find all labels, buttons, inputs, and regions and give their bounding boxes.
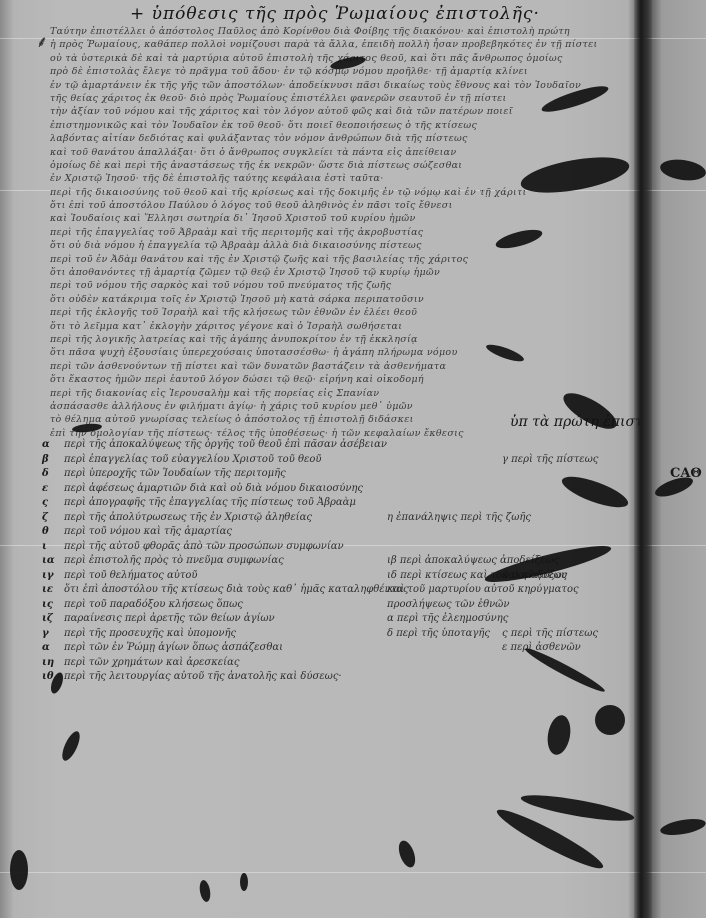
chapter-title: παραίνεσις περὶ ἀρετῆς τῶν θείων ἁγίων — [64, 613, 275, 624]
chapter-title: περὶ ἀφέσεως ἁμαρτιῶν διὰ καὶ οὐ διὰ νόμ… — [64, 483, 363, 494]
manuscript-line: ἀσπάσασθε ἀλλήλους ἐν φιλήματι ἁγίῳ· ἡ χ… — [50, 400, 635, 413]
chapter-number: ις — [42, 598, 64, 613]
manuscript-line: ὅτι τὸ λεῖμμα κατ᾽ ἐκλογὴν χάριτος γέγον… — [50, 320, 635, 333]
ink-blot — [396, 838, 419, 869]
manuscript-title: + ὑπόθεσις τῆς πρὸς Ῥωμαίους ἐπιστολῆς· — [130, 4, 540, 24]
manuscript-line: περὶ τοῦ ἐν Ἀδὰμ θανάτου καὶ τῆς ἐν Χρισ… — [50, 253, 635, 266]
chapter-title: περὶ ἐπαγγελίας τοῦ εὐαγγελίου Χριστοῦ τ… — [64, 454, 321, 465]
chapter-entry: ιεὅτι ἐπὶ ἀποστόλου τῆς κτίσεως διὰ τοὺς… — [42, 583, 632, 598]
chapter-number: α — [42, 438, 64, 453]
chapter-entry: βπερὶ ἐπαγγελίας τοῦ εὐαγγελίου Χριστοῦ … — [42, 453, 632, 468]
manuscript-line: Ταύτην ἐπιστέλλει ὁ ἀπόστολος Παῦλος ἀπὸ… — [50, 25, 635, 38]
chapter-number: δ — [42, 467, 64, 482]
chapter-title: περὶ ὑπεροχῆς τῶν Ἰουδαίων τῆς περιτομῆς — [64, 468, 286, 479]
chapter-title: περὶ τοῦ παραδόξου κλήσεως ὅπως — [64, 599, 243, 610]
chapters-heading: ὑπ τὰ πρώτη ἐπιστ — [510, 414, 643, 430]
chapter-title-col2: καὶ τοῦ μαρτυρίου αὐτοῦ κηρύγματος — [387, 583, 579, 598]
manuscript-line: περὶ τῶν ἀσθενούντων τῇ πίστει καὶ τῶν δ… — [50, 360, 635, 373]
scan-artifact — [0, 872, 706, 873]
chapter-title: περὶ ἀπογραφῆς τῆς ἐπαγγελίας τῆς πίστεω… — [64, 497, 356, 508]
ink-blot — [240, 873, 248, 891]
manuscript-line: ἡ πρὸς Ῥωμαίους, καθάπερ πολλοὶ νομίζουσ… — [50, 38, 635, 51]
manuscript-line: καὶ Ἰουδαίοις καὶ Ἕλλησι σωτηρία δι᾽ Ἰησ… — [50, 212, 635, 225]
chapter-number: ζ — [42, 511, 64, 526]
chapter-number: ιη — [42, 656, 64, 671]
manuscript-line: περὶ τοῦ νόμου τῆς σαρκὸς καὶ τοῦ νόμου … — [50, 279, 635, 292]
chapter-title-col2: δ περὶ τῆς ὑποταγῆς — [387, 627, 490, 642]
chapter-entry: ζπερὶ τῆς ἀπολύτρωσεως τῆς ἐν Χριστῷ ἀλη… — [42, 511, 632, 526]
manuscript-line: ὅτι οὐδὲν κατάκριμα τοῖς ἐν Χριστῷ Ἰησοῦ… — [50, 293, 635, 306]
manuscript-line: ἐν τῷ ἁμαρτάνειν ἐκ τῆς γῆς τῶν ἀποστόλω… — [50, 79, 635, 92]
chapter-number: ι — [42, 540, 64, 555]
chapter-entry: ςπερὶ ἀπογραφῆς τῆς ἐπαγγελίας τῆς πίστε… — [42, 496, 632, 511]
chapter-title: περὶ τῆς ἀπολύτρωσεως τῆς ἐν Χριστῷ ἀληθ… — [64, 512, 312, 523]
chapter-entry: ιςπερὶ τοῦ παραδόξου κλήσεως ὅπωςπροσλήψ… — [42, 598, 632, 613]
facing-page-edge: CΑΘ — [652, 0, 706, 918]
ink-blot — [59, 729, 83, 763]
chapter-title-col3: ς περὶ τῆς πίστεως — [502, 627, 598, 642]
chapter-title-col2: προσλήψεως τῶν ἐθνῶν — [387, 598, 509, 613]
chapter-title: περὶ ἐπιστολῆς πρὸς τὸ πνεῦμα συμφωνίας — [64, 555, 284, 566]
chapter-number: ιζ — [42, 612, 64, 627]
chapter-title: περὶ τοῦ νόμου καὶ τῆς ἁμαρτίας — [64, 526, 232, 537]
chapter-number: γ — [42, 627, 64, 642]
chapter-title: περὶ τῆς προσευχῆς καὶ ὑπομονῆς — [64, 628, 236, 639]
chapter-number: ιε — [42, 583, 64, 598]
initial-mark: ⸙ — [36, 30, 48, 52]
chapter-entry: απερὶ τῆς ἀποκαλύψεως τῆς ὀργῆς τοῦ θεοῦ… — [42, 438, 632, 453]
manuscript-line: καὶ τοῦ θανάτου ἀπαλλάξαι· ὅτι ὁ ἄνθρωπο… — [50, 146, 635, 159]
chapter-title: περὶ τοῦ θελήματος αὐτοῦ — [64, 570, 198, 581]
manuscript-line: περὶ τῆς διακονίας εἰς Ἱερουσαλὴμ καὶ τῆ… — [50, 387, 635, 400]
chapter-entry: επερὶ ἀφέσεως ἁμαρτιῶν διὰ καὶ οὐ διὰ νό… — [42, 482, 632, 497]
chapter-number: ια — [42, 554, 64, 569]
manuscript-line: ὅτι οὐ διὰ νόμου ἡ ἐπαγγελία τῷ Ἀβραὰμ ἀ… — [50, 239, 635, 252]
chapter-entry: ιζπαραίνεσις περὶ ἀρετῆς τῶν θείων ἁγίων… — [42, 612, 632, 627]
chapter-title: ὅτι ἐπὶ ἀποστόλου τῆς κτίσεως διὰ τοὺς κ… — [64, 584, 409, 595]
manuscript-line: ὅτι ἐπὶ τοῦ ἀποστόλου Παύλου ὁ λόγος τοῦ… — [50, 199, 635, 212]
ink-blot — [519, 790, 635, 826]
ink-blot — [198, 879, 212, 902]
chapter-title: περὶ τῶν χρημάτων καὶ ἀρεσκείας — [64, 657, 239, 668]
chapter-title: περὶ τῆς λειτουργίας αὐτοῦ τῆς ἀνατολῆς … — [64, 671, 342, 682]
manuscript-body-text: Ταύτην ἐπιστέλλει ὁ ἀπόστολος Παῦλος ἀπὸ… — [50, 25, 635, 440]
chapter-entry: δπερὶ ὑπεροχῆς τῶν Ἰουδαίων τῆς περιτομῆ… — [42, 467, 632, 482]
chapter-number: α — [42, 641, 64, 656]
ink-blot — [595, 705, 625, 735]
chapter-number: ς — [42, 496, 64, 511]
chapter-title: περὶ τῶν ἐν Ῥώμῃ ἁγίων ὅπως ἀσπάζεσθαι — [64, 642, 283, 653]
chapter-title: περὶ τῆς ἀποκαλύψεως τῆς ὀργῆς τοῦ θεοῦ … — [64, 439, 387, 450]
manuscript-line: λαβόντας αἰτίαν δεδιότας καὶ φυλάξαντας … — [50, 132, 635, 145]
manuscript-line: ἐπιστημονικῶς καὶ τὸν Ἰουδαῖον ἐκ τοῦ θε… — [50, 119, 635, 132]
chapter-title: περὶ τῆς αὐτοῦ φθορᾶς ἀπὸ τῶν προσώπων σ… — [64, 541, 344, 552]
chapter-entry: ιπερὶ τῆς αὐτοῦ φθορᾶς ἀπὸ τῶν προσώπων … — [42, 540, 632, 555]
chapter-entry: ιθπερὶ τῆς λειτουργίας αὐτοῦ τῆς ἀνατολῆ… — [42, 670, 632, 685]
chapter-entry: θπερὶ τοῦ νόμου καὶ τῆς ἁμαρτίας — [42, 525, 632, 540]
ink-blot — [10, 850, 28, 890]
chapter-number: θ — [42, 525, 64, 540]
manuscript-line: ὅτι ἕκαστος ἡμῶν περὶ ἑαυτοῦ λόγον δώσει… — [50, 373, 635, 386]
manuscript-page: + ὑπόθεσις τῆς πρὸς Ῥωμαίους ἐπιστολῆς· … — [0, 0, 706, 918]
manuscript-line: περὶ τῆς λογικῆς λατρείας καὶ τῆς ἀγάπης… — [50, 333, 635, 346]
chapter-entry: γπερὶ τῆς προσευχῆς καὶ ὑπομονῆςδ περὶ τ… — [42, 627, 632, 642]
manuscript-line: περὶ τῆς ἐπαγγελίας τοῦ Ἀβραὰμ καὶ τῆς π… — [50, 226, 635, 239]
book-gutter — [634, 0, 652, 918]
ink-blot — [545, 713, 574, 756]
chapter-title-col3: γ περὶ τῆς πίστεως — [502, 453, 598, 468]
manuscript-line: περὶ τῆς ἐκλογῆς τοῦ Ἰσραὴλ καὶ τῆς κλήσ… — [50, 306, 635, 319]
manuscript-line: ὅτι πᾶσα ψυχὴ ἐξουσίαις ὑπερεχούσαις ὑπο… — [50, 346, 635, 359]
chapter-number: ιγ — [42, 569, 64, 584]
chapter-title-col2: η ἐπανάληψις περὶ τῆς ζωῆς — [387, 511, 531, 526]
chapter-number: ε — [42, 482, 64, 497]
chapter-title-col2: α περὶ τῆς ἐλεημοσύνης — [387, 612, 508, 627]
chapter-number: β — [42, 453, 64, 468]
manuscript-line: ὅτι ἀποθανόντες τῇ ἁμαρτίᾳ ζῶμεν τῷ θεῷ … — [50, 266, 635, 279]
